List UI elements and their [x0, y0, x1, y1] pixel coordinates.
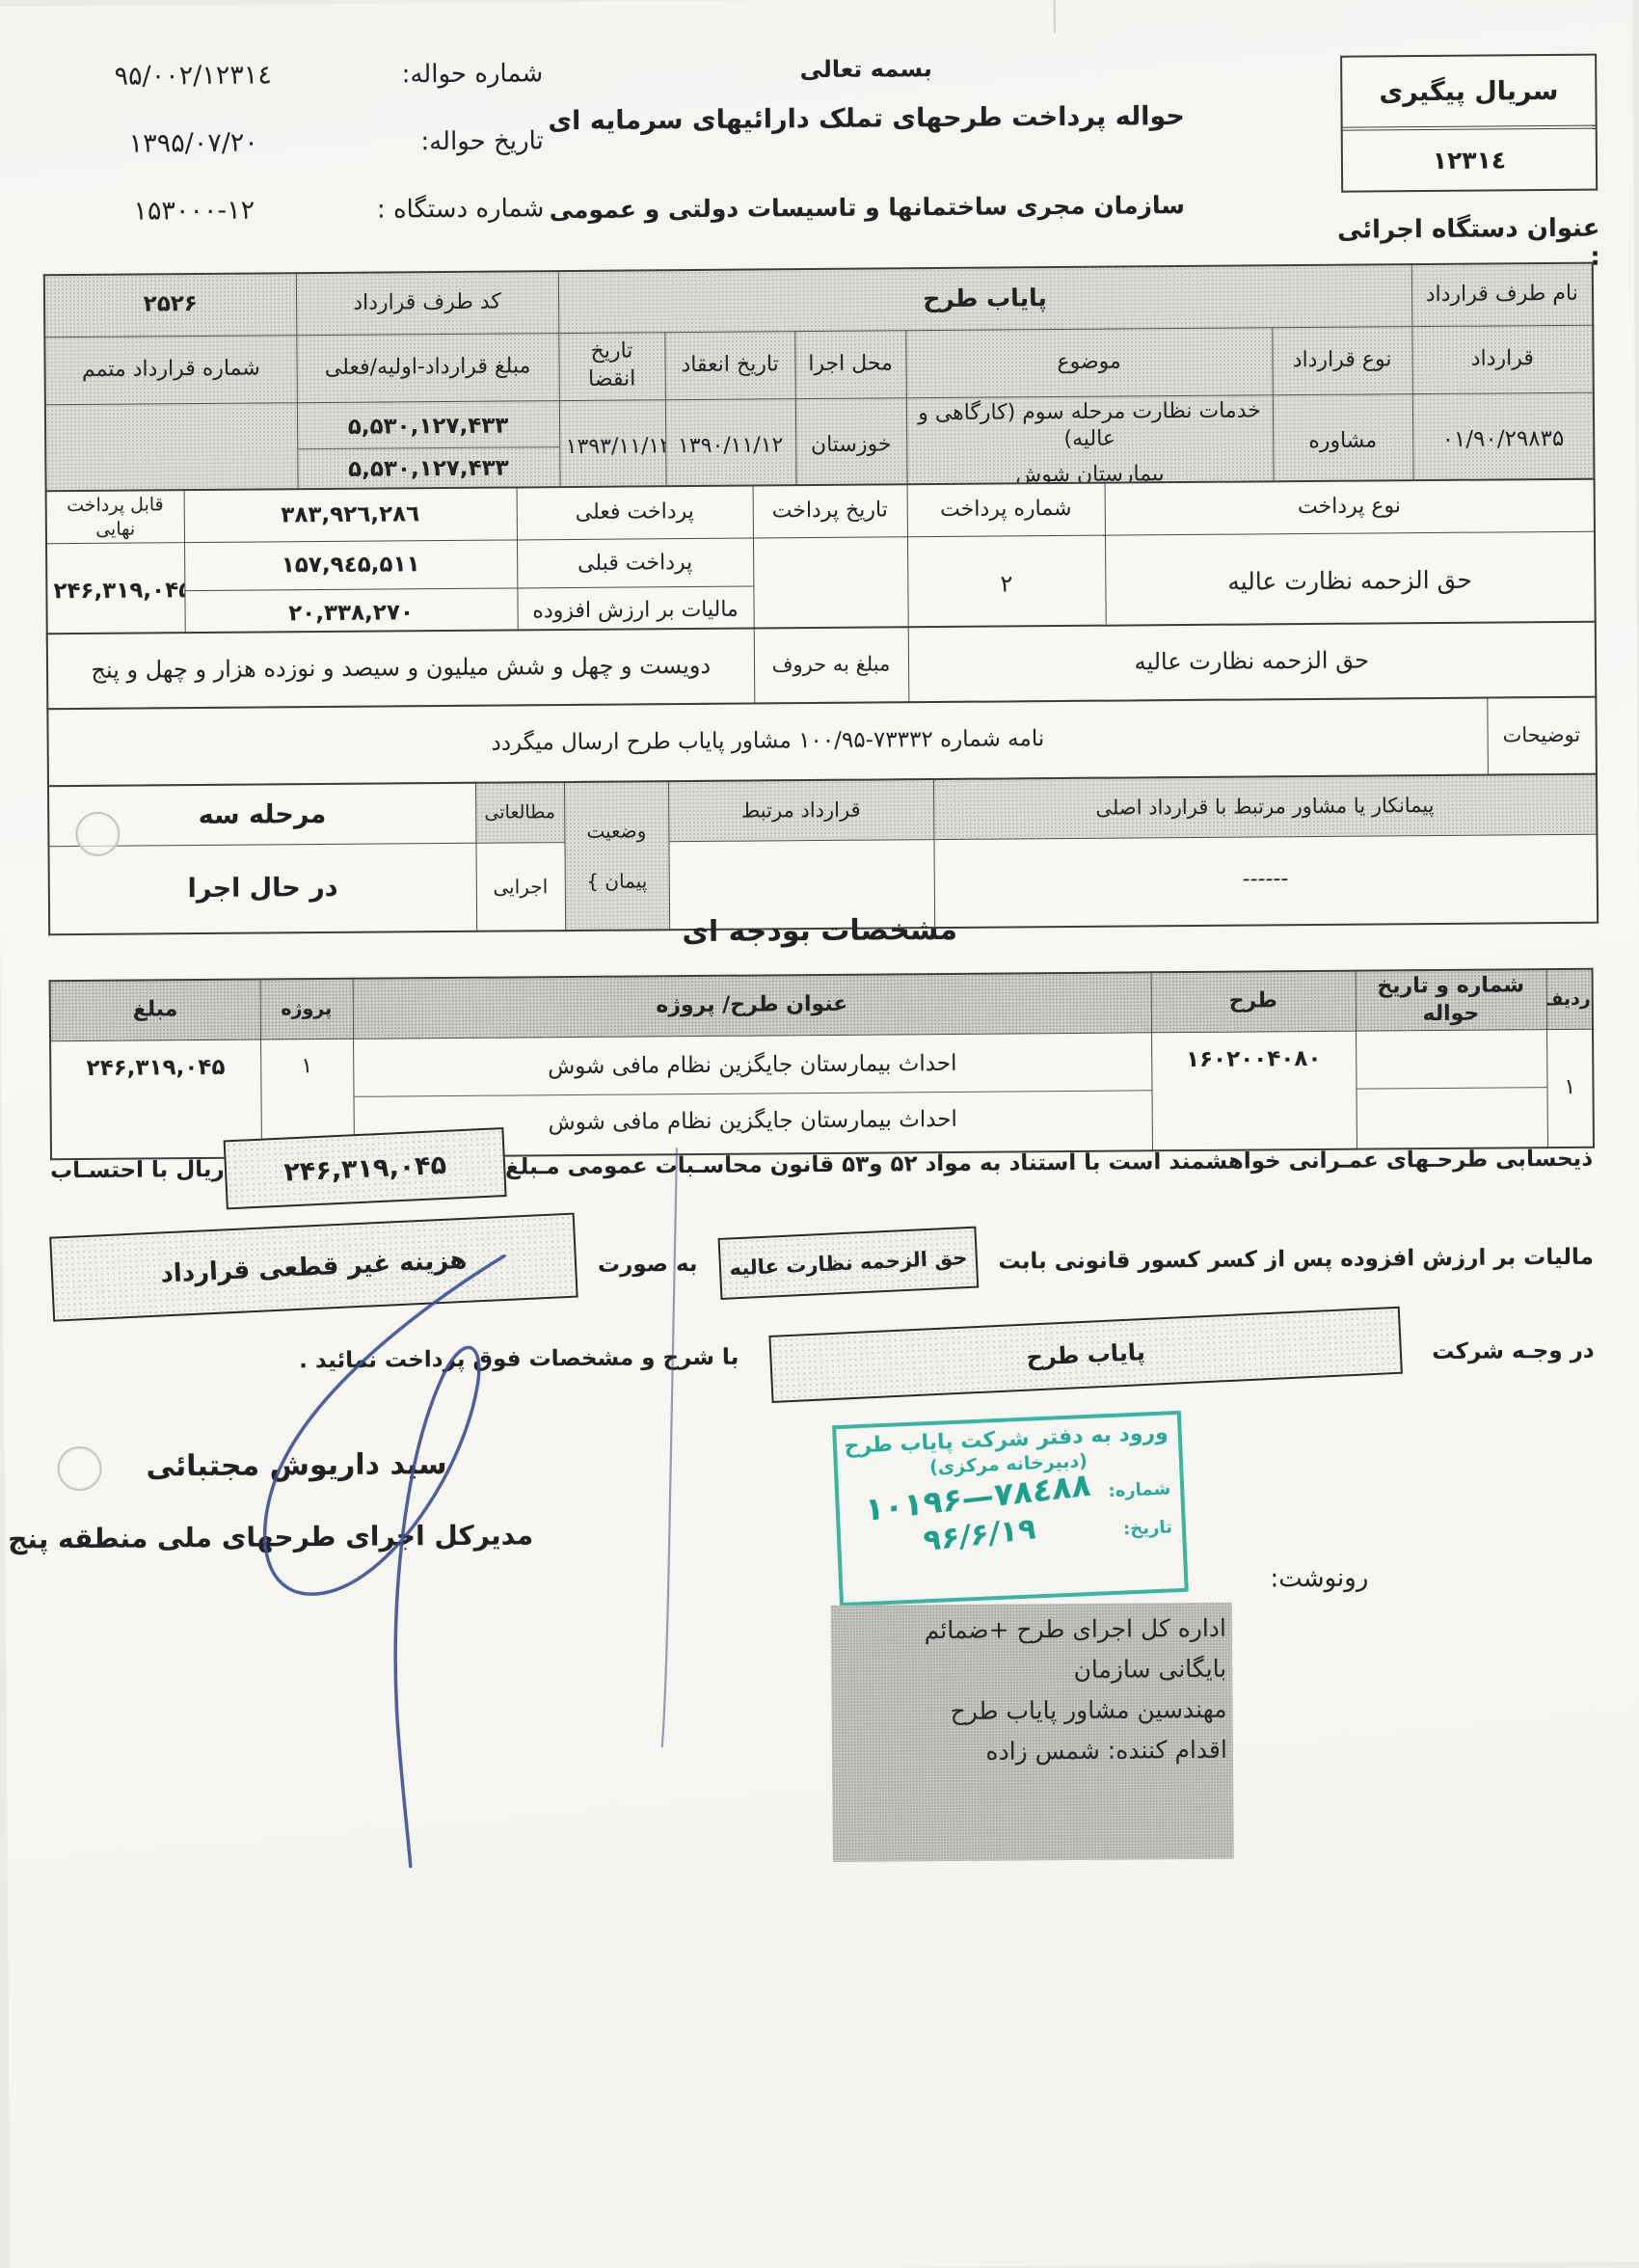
contract-number-value: ۰۱/۹۰/۲۹۸۳۵: [1412, 392, 1595, 490]
contract-state-cell: وضعیت پیمان }: [564, 781, 669, 931]
budget-ref-header: شماره و تاریخ حواله: [1356, 969, 1546, 1031]
contract-amount-header: مبلغ قرارداد-اولیه/فعلی: [296, 333, 559, 402]
fee-subject-box: حق الزحمه نظارت عالیه: [717, 1227, 979, 1300]
contract-col-header: قرارداد: [1411, 325, 1594, 393]
budget-plan-header: طرح: [1151, 971, 1356, 1033]
signatory-block: سید داریوش مجتبائی مدیرکل اجرای طرحهای م…: [60, 1446, 533, 1554]
budget-title-line1: احداث بیمارستان جایگزین نظام مافی شوش: [354, 1037, 1151, 1097]
order-line3-text: در وجـه شرکت: [1432, 1338, 1595, 1364]
party-code-value: ۲۵۲۶: [44, 273, 296, 337]
voucher-number-value: ۹۵/۰۰۲/۱۲۳۱٤: [29, 60, 357, 93]
cc-item: اقدام کننده: شمس زاده: [832, 1736, 1227, 1767]
amount-in-words-label: مبلغ به حروف: [754, 627, 909, 703]
previous-payment-label: پرداخت قبلی: [517, 538, 753, 588]
hole-punch-mark: [75, 812, 120, 856]
tracking-serial-box: سریال پیگیری ۱۲۳۱٤: [1340, 54, 1598, 193]
cc-list: اداره کل اجرای طرح +ضمائم بایگانی سازمان…: [831, 1603, 1234, 1862]
subject-header: موضوع: [905, 327, 1273, 397]
stamp-number-label: شماره:: [1107, 1478, 1171, 1501]
payment-number-header: شماره پرداخت: [907, 483, 1105, 537]
previous-payment-value: ۱۵۷,۹٤۵,۵۱۱: [184, 540, 517, 591]
notes-table: توضیحات نامه شماره ۷۳۳۳۲-۱۰۰/۹۵ مشاور پا…: [46, 696, 1598, 788]
hole-punch-mark: [57, 1446, 101, 1491]
subject-value: خدمات نظارت مرحله سوم (کارگاهی و عالیه) …: [906, 394, 1274, 493]
related-contractor-header: پیمانکار یا مشاور مرتبط با قرارداد اصلی: [933, 774, 1597, 839]
order-line1-tail: ریال با احتسـاب: [50, 1157, 225, 1183]
expiry-date-value: ۱۳۹۳/۱۱/۱۲: [559, 399, 666, 496]
page-title: حواله پرداخت طرحهای تملک دارائیهای سرمای…: [475, 100, 1256, 136]
cc-item: اداره کل اجرای طرح +ضمائم: [831, 1614, 1226, 1645]
company-entry-stamp: ورود به دفتر شرکت پایاب طرح (دبیرخانه مر…: [832, 1411, 1189, 1606]
order-line-3: در وجـه شرکت پایاب طرح با شرح و مشخصات ف…: [51, 1313, 1595, 1401]
supplement-header: شماره قرارداد متمم: [44, 335, 297, 404]
paper-crease-mark: [1054, 0, 1056, 33]
bismillah-text: بسمه تعالی: [475, 52, 1256, 85]
contract-table: نام طرف قرارداد پایاب طرح کد طرف قرارداد…: [43, 262, 1596, 501]
payment-date-value-empty: [753, 537, 908, 634]
amount-words-table: حق الزحمه نظارت عالیه مبلغ به حروف دویست…: [46, 621, 1598, 711]
payment-type-header: نوع پرداخت: [1105, 479, 1595, 536]
budget-title-header: عنوان طرح/ پروژه: [353, 972, 1151, 1039]
order-line2-text: مالیات بر ارزش افزوده پس از کسر کسور قان…: [998, 1245, 1594, 1275]
supplement-value-empty: [45, 402, 298, 499]
notes-text: نامه شماره ۷۳۳۳۲-۱۰۰/۹۵ مشاور پایاب طرح …: [47, 698, 1488, 787]
cc-item: بایگانی سازمان: [831, 1655, 1226, 1686]
stamp-date-label: تاریخ:: [1108, 1517, 1172, 1540]
contract-amount-values: ۵,۵۳۰,۱۲۷,۴۳۳ ۵,۵۳۰,۱۲۷,۴۳۳: [297, 400, 560, 498]
payment-table: نوع پرداخت شماره پرداخت تاریخ پرداخت پرد…: [45, 478, 1597, 641]
cc-label: رونوشت:: [1270, 1564, 1368, 1594]
order-line-1: ذیحسابی طرحـهای عمـرانی خواهشمند است با …: [50, 1120, 1594, 1210]
current-payment-value: ۳۸۳,۹۲٦,۲۸٦: [184, 487, 517, 543]
budget-project-header: پروژه: [260, 979, 353, 1039]
organization-name: سازمان مجری ساختمانها و تاسیسات دولتی و …: [476, 190, 1257, 224]
sign-date-header: تاریخ انعقاد: [664, 331, 795, 399]
scanned-payment-order-document: شماره حواله: ۹۵/۰۰۲/۱۲۳۱٤ تاریخ حواله: ۱…: [0, 0, 1639, 2268]
payment-type-value: حق الزحمه نظارت عالیه: [1105, 532, 1596, 633]
location-header: محل اجرا: [794, 330, 906, 398]
signatory-name: سید داریوش مجتبائی: [60, 1446, 532, 1484]
payment-date-header: تاریخ پرداخت: [753, 484, 907, 538]
notes-label: توضیحات: [1487, 697, 1597, 775]
contract-state-word2: پیمان }: [565, 868, 668, 894]
budget-amount-header: مبلغ: [50, 980, 260, 1041]
contract-state-word1: وضعیت: [565, 818, 668, 844]
tracking-serial-value: ۱۲۳۱٤: [1343, 129, 1596, 191]
tracking-serial-label: سریال پیگیری: [1342, 56, 1596, 131]
order-line1-text: ذیحسابی طرحـهای عمـرانی خواهشمند است با …: [505, 1147, 1593, 1180]
signatory-title: مدیرکل اجرای طرحهای ملی منطقه پنج و شش: [61, 1519, 533, 1554]
device-number-value: ۱۵۳۰۰۰-۱۲: [30, 195, 358, 228]
final-payable-label: قابل پرداخت نهایی: [46, 490, 184, 544]
contract-type-header: نوع قرارداد: [1272, 326, 1412, 394]
amount-initial-value: ۵,۵۳۰,۱۲۷,۴۳۳: [297, 405, 558, 449]
study-phase-label: مطالعاتی: [475, 782, 564, 843]
project-name-cell: پایاب طرح: [558, 264, 1411, 333]
expense-type-box: هزینه غیر قطعی قرارداد: [49, 1213, 578, 1322]
document-header: بسمه تعالی حواله پرداخت طرحهای تملک دارا…: [475, 52, 1257, 224]
party-name-header: نام طرف قرارداد: [1411, 263, 1593, 326]
order-line2-mid: به صورت: [598, 1252, 698, 1278]
payee-company-box: پایاب طرح: [768, 1307, 1403, 1403]
cc-item: مهندسین مشاور پایاب طرح: [831, 1695, 1226, 1726]
current-payment-label: پرداخت فعلی: [517, 486, 753, 541]
order-line-2: مالیات بر ارزش افزوده پس از کسر کسور قان…: [51, 1211, 1595, 1316]
sign-date-value: ۱۳۹۰/۱۱/۱۲: [665, 398, 796, 495]
amount-in-words-value: دویست و چهل و شش میلیون و سیصد و نوزده ه…: [47, 629, 755, 710]
budget-row-header: ردیف: [1546, 969, 1593, 1030]
order-line3-tail: با شرح و مشخصات فوق پرداخت نمائید .: [299, 1345, 739, 1374]
contract-type-value: مشاوره: [1273, 393, 1413, 490]
party-code-header: کد طرف قرارداد: [296, 271, 558, 335]
final-payable-value: ۲۴۶,۳۱۹,۰۴۵: [46, 543, 185, 640]
order-amount-box: ۲۴۶,۳۱۹,۰۴۵: [223, 1127, 506, 1209]
order-amount-value: ۲۴۶,۳۱۹,۰۴۵: [282, 1149, 446, 1187]
subject-line1: خدمات نظارت مرحله سوم (کارگاهی و عالیه): [912, 397, 1266, 455]
expiry-date-header: تاریخ انقضا: [558, 332, 665, 400]
words-subject-cell: حق الزحمه نظارت عالیه: [908, 622, 1597, 703]
related-contract-header: قرارداد مرتبط: [668, 779, 933, 841]
voucher-date-value: ۱۳۹۵/۰۷/۲۰: [30, 127, 358, 160]
payment-number-value: ۲: [907, 536, 1106, 634]
location-value: خوزستان: [795, 397, 907, 494]
